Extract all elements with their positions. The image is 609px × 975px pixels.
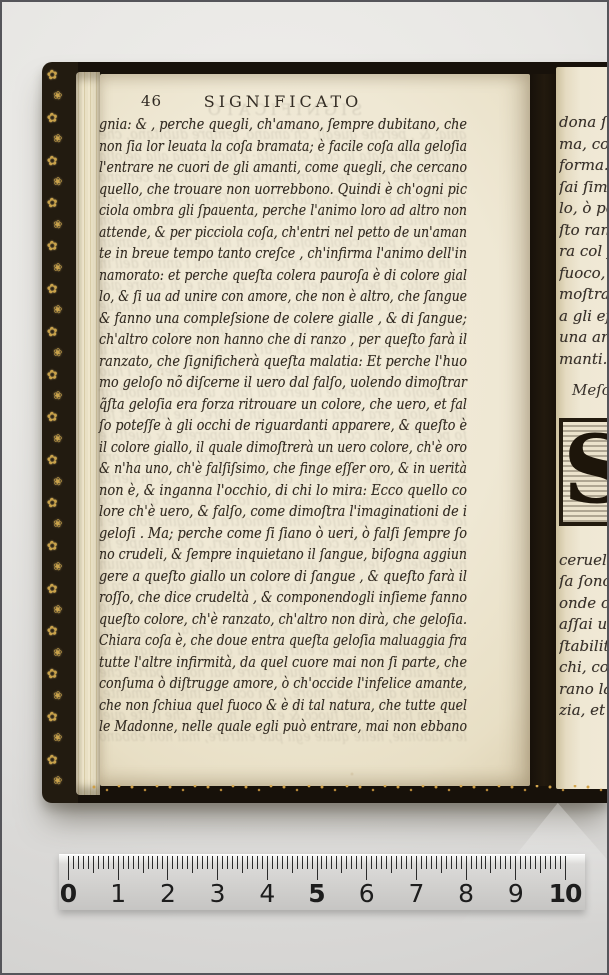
gold-floral-ornament-icon: ❀ (52, 260, 63, 274)
ruler-tick (461, 856, 462, 869)
ruler-tick (242, 856, 243, 873)
ruler-tick (535, 856, 536, 869)
ruler-tick (346, 856, 347, 869)
gold-floral-ornament-icon: ✿ (46, 153, 59, 169)
gold-floral-ornament-icon: ✿ (46, 709, 59, 725)
ruler-tick (381, 856, 382, 869)
text-line: l'entrare ne cuori de gli amanti, come q… (99, 157, 406, 179)
ruler-number: 8 (458, 879, 473, 908)
photo-backdrop: ✿❀✿❀✿❀✿❀✿❀✿❀✿❀✿❀✿❀✿❀✿❀✿❀✿❀✿❀✿❀✿❀✿❀ SIGNI… (0, 0, 609, 975)
ruler-tick (401, 856, 402, 869)
ruler-tick (416, 856, 417, 880)
ruler-number: 3 (210, 879, 225, 908)
ruler-tick (207, 856, 208, 869)
gold-floral-ornament-icon: ✿ (46, 581, 59, 597)
ruler-tick (257, 856, 258, 869)
text-fragment-line: dona ſino à tan (559, 112, 609, 134)
ruler-tick (351, 856, 352, 869)
ruler-tick (78, 856, 79, 869)
gold-floral-ornament-icon: ✿ (46, 453, 59, 469)
right-page: dona ſino à tanma, conſumandforma. Et, p… (556, 67, 609, 789)
ruler-tick (560, 856, 561, 869)
ruler-tick (157, 856, 158, 869)
text-line: queſto colore, ch'è ranzato, ch'altro no… (99, 609, 408, 631)
text-line: ſo poteſſe à gli occhi de riguardanti ap… (99, 415, 411, 437)
ruler-tick (297, 856, 298, 869)
ruler-tick (510, 856, 511, 869)
ruler-tick (476, 856, 477, 869)
text-fragment-line: zia, et dor (559, 700, 609, 722)
right-page-fragments-bottom: ceruello dimſa ſono queonde come laſſai … (559, 550, 609, 722)
right-page-fragments-top: dona ſino à tanma, conſumandforma. Et, p… (559, 112, 609, 370)
ruler-tick (466, 856, 467, 880)
ruler-tick (361, 856, 362, 869)
text-line: Chiara coſa è, che doue entra queſta gel… (99, 630, 403, 652)
ruler-tick (565, 856, 566, 880)
body-text: gnia: & , perche quegli, ch'amano, ſempr… (99, 114, 467, 738)
ruler-tick (123, 856, 124, 869)
ruler-tick (252, 856, 253, 869)
ruler-number: 0 (60, 879, 76, 908)
text-fragment-line: a gli effetti d (559, 306, 609, 328)
paragraph-gap (559, 370, 609, 380)
gold-floral-ornament-icon: ❀ (52, 131, 63, 145)
gold-floral-ornament-icon: ✿ (46, 110, 59, 126)
ruler-tick (212, 856, 213, 869)
ruler-tick (88, 856, 89, 869)
ruler-tick (192, 856, 193, 873)
ruler-number: 2 (160, 879, 175, 908)
ruler-tick (302, 856, 303, 869)
text-fragment-line: ſai ſimilitudin (559, 177, 609, 199)
gold-floral-ornament-icon: ✿ (46, 495, 59, 511)
text-fragment-line: ſa ſono que (559, 571, 609, 593)
text-fragment-line: ceruello dim (559, 550, 609, 572)
text-fragment-line: ſtabilità, et (559, 636, 609, 658)
section-start-word: Meſch (572, 380, 609, 402)
ruler-number: 6 (359, 879, 374, 908)
ruler-tick (386, 856, 387, 869)
ruler-tick (391, 856, 392, 873)
text-line: che non ſchiua quel fuoco & è di tal nat… (99, 695, 405, 717)
ruler-tick (68, 856, 69, 880)
text-line: non è, & inganna l'occhio, di chi lo mir… (99, 480, 418, 502)
text-fragment-line: ma, conſumand (559, 134, 609, 156)
gold-floral-ornament-icon: ❀ (52, 303, 63, 317)
gold-floral-ornament-icon: ✿ (46, 324, 59, 340)
gold-floral-ornament-icon: ❀ (52, 559, 63, 573)
ruler-tick (331, 856, 332, 869)
text-line: & fanno una compleſsione de colere giall… (99, 308, 414, 330)
text-fragment-line: forma. Et, pe (559, 155, 609, 177)
gold-floral-ornament-icon: ❀ (52, 773, 63, 787)
text-line: lore ch'è uero, & falſo, come dimoſtra l… (99, 501, 415, 523)
text-line: no crudeli, & ſempre inquietano il ſangu… (99, 544, 407, 566)
page-stack-edge (76, 72, 100, 795)
gold-floral-ornament-icon: ❀ (52, 217, 63, 231)
ruler-tick (262, 856, 263, 869)
ruler-tick (495, 856, 496, 869)
text-line: te in breue tempo tanto creſce , ch'infi… (99, 243, 410, 265)
ruler-tick (307, 856, 308, 869)
right-page-text: dona ſino à tanma, conſumandforma. Et, p… (559, 112, 609, 802)
left-page-text: 46 SIGNIFICATO gnia: & , perche quegli, … (99, 90, 467, 738)
ruler-tick (73, 856, 74, 869)
gold-floral-ornament-icon: ✿ (46, 239, 59, 255)
ruler-tick (356, 856, 357, 869)
gold-floral-ornament-icon: ❀ (52, 345, 63, 359)
ruler-tick (555, 856, 556, 869)
ruler-tick (247, 856, 248, 869)
ruler-tick (167, 856, 168, 880)
ruler-tick (411, 856, 412, 869)
ruler-number: 7 (408, 879, 423, 908)
text-line: gere a queſto giallo un colore di ſangue… (99, 566, 413, 588)
ruler-tick (133, 856, 134, 869)
ruler-number: 10 (549, 879, 582, 908)
ruler-tick (376, 856, 377, 869)
text-line: quello, che trouare non uorrebbono. Quin… (99, 179, 412, 201)
ruler-tick (93, 856, 94, 873)
text-line: namorato: et perche queſta colera pauroſ… (99, 265, 405, 287)
gold-floral-ornament-icon: ✿ (46, 196, 59, 212)
text-line: conſuma ò diſtrugge amore, ò ch'occide l… (99, 673, 408, 695)
text-fragment-line: ſto ranzato, e (559, 220, 609, 242)
ruler-tick (515, 856, 516, 880)
text-fragment-line: aſſai ueſton (559, 614, 609, 636)
text-line: ranzato, che ſignificherà queſta malatia… (99, 351, 416, 373)
text-line: le Madonne, nelle quale egli può entrare… (99, 716, 406, 738)
ruler: 012345678910 (59, 854, 585, 910)
gold-floral-ornament-icon: ❀ (52, 517, 63, 531)
text-fragment-line: chi, come d (559, 657, 609, 679)
ruler-tick (177, 856, 178, 869)
text-fragment-line: ra col fuoco, (559, 241, 609, 263)
text-fragment-line: manti. (559, 349, 609, 371)
gold-floral-ornament-icon: ❀ (52, 474, 63, 488)
text-line: attende, & per picciola coſa, ch'entri n… (99, 222, 403, 244)
gold-floral-ornament-icon: ✿ (46, 410, 59, 426)
ruler-tick (421, 856, 422, 869)
gutter-shadow (530, 74, 556, 786)
ruler-tick (456, 856, 457, 869)
ruler-tick (98, 856, 99, 869)
text-fragment-line: lo, ò per altra (559, 198, 609, 220)
gold-floral-ornament-icon: ❀ (52, 602, 63, 616)
ruler-tick (227, 856, 228, 869)
ruler-tick (128, 856, 129, 869)
text-line: tutte l'altre infirmità, da quel cuore m… (99, 652, 412, 674)
ruler-tick (530, 856, 531, 869)
ruler-tick (451, 856, 452, 869)
ruler-tick (505, 856, 506, 869)
ruler-tick (426, 856, 427, 869)
ruler-tick (312, 856, 313, 869)
gilt-edge-speckles (88, 785, 607, 793)
ruler-tick (187, 856, 188, 869)
book: ✿❀✿❀✿❀✿❀✿❀✿❀✿❀✿❀✿❀✿❀✿❀✿❀✿❀✿❀✿❀✿❀✿❀ SIGNI… (42, 62, 609, 803)
ruler-tick (341, 856, 342, 873)
ruler-tick (471, 856, 472, 869)
ruler-tick (500, 856, 501, 869)
text-fragment-line: fuoco, diciam (559, 263, 609, 285)
gold-floral-ornament-icon: ✿ (46, 538, 59, 554)
ruler-number: 9 (508, 879, 523, 908)
ruler-tick (406, 856, 407, 869)
text-fragment-line: moſtrare la g (559, 284, 609, 306)
gold-floral-ornament-icon: ❀ (52, 388, 63, 402)
ruler-tick (113, 856, 114, 869)
gold-floral-ornament-icon: ✿ (46, 367, 59, 383)
gold-floral-ornament-icon: ❀ (52, 645, 63, 659)
text-fragment-line: onde come l (559, 593, 609, 615)
ruler-tick (371, 856, 372, 869)
ruler-number: 4 (259, 879, 274, 908)
gold-floral-ornament-icon: ❀ (52, 688, 63, 702)
ruler-tick (108, 856, 109, 869)
ruler-tick (222, 856, 223, 869)
ruler-tick (103, 856, 104, 869)
ruler-tick (83, 856, 84, 869)
gold-floral-ornament-icon: ✿ (46, 752, 59, 768)
woodcut-drop-cap-block: S (559, 418, 609, 526)
ruler-tick (217, 856, 218, 880)
ruler-tick (326, 856, 327, 869)
text-line: gnia: & , perche quegli, ch'amano, ſempr… (99, 114, 414, 136)
ruler-tick (436, 856, 437, 869)
ruler-tick (282, 856, 283, 869)
gold-floral-ornament-icon: ❀ (52, 731, 63, 745)
ruler-tick (237, 856, 238, 869)
ruler-tick (202, 856, 203, 869)
ruler-tick (545, 856, 546, 869)
text-fragment-line: una ardentiſ (559, 327, 609, 349)
ruler-tick (277, 856, 278, 869)
ruler-tick (441, 856, 442, 873)
ruler-number: 1 (110, 879, 125, 908)
text-line: & n'ha uno, ch'è falſiſsimo, che finge e… (99, 458, 405, 480)
ruler-tick (366, 856, 367, 880)
text-line: roſſo, che dice crudeltà , & componendog… (99, 587, 410, 609)
ruler-number: 5 (308, 879, 324, 908)
ruler-tick (138, 856, 139, 869)
ruler-tick (267, 856, 268, 880)
page-header: 46 SIGNIFICATO (99, 90, 467, 114)
gold-floral-ornament-icon: ✿ (46, 67, 59, 83)
text-line: ciola ombra gli ſpauenta, perche l'animo… (99, 200, 407, 222)
gold-floral-ornament-icon: ❀ (52, 89, 63, 103)
ruler-tick (431, 856, 432, 869)
ruler-tick (490, 856, 491, 873)
text-line: mo geloſo nõ diſcerne il uero dal falſo,… (99, 372, 411, 394)
running-header: SIGNIFICATO (99, 92, 467, 111)
text-line: il colore giallo, il quale dimoſtrerà un… (99, 437, 402, 459)
text-line: q̃ſta geloſia era forza ritrouare un col… (99, 394, 411, 416)
gold-floral-ornament-icon: ✿ (46, 624, 59, 640)
ruler-tick (446, 856, 447, 869)
text-line: non ſia lor leuata la coſa bramata; è fa… (99, 136, 404, 158)
drop-cap-letter: S (563, 418, 609, 522)
ruler-tick (118, 856, 119, 880)
ruler-tick (148, 856, 149, 869)
ruler-tick (143, 856, 144, 873)
ruler-tick (520, 856, 521, 869)
ruler-tick (317, 856, 318, 880)
ruler-tick (287, 856, 288, 869)
ruler-tick (321, 856, 322, 869)
ruler-tick (525, 856, 526, 869)
ruler-tick (272, 856, 273, 869)
ruler-tick (197, 856, 198, 869)
ruler-tick (232, 856, 233, 869)
ruler-tick (540, 856, 541, 873)
ruler-tick (396, 856, 397, 869)
ruler-tick (152, 856, 153, 869)
gold-floral-ornament-icon: ✿ (46, 281, 59, 297)
text-line: ch'altro colore non hanno che di ranzo ,… (99, 329, 409, 351)
ruler-tick (481, 856, 482, 869)
text-fragment-line: rano la lor (559, 679, 609, 701)
binding-ornaments: ✿❀✿❀✿❀✿❀✿❀✿❀✿❀✿❀✿❀✿❀✿❀✿❀✿❀✿❀✿❀✿❀✿❀ (42, 66, 78, 799)
ruler-tick (162, 856, 163, 869)
text-line: geloſi . Ma; perche come ſi ſiano ò ueri… (99, 523, 416, 545)
ruler-tick (336, 856, 337, 869)
ruler-tick (550, 856, 551, 869)
ruler-tick (182, 856, 183, 869)
gold-floral-ornament-icon: ✿ (46, 667, 59, 683)
ruler-tick (485, 856, 486, 869)
text-line: lo, & ſi ua ad unire con amore, che non … (99, 286, 403, 308)
ruler-tick (172, 856, 173, 869)
gold-floral-ornament-icon: ❀ (52, 431, 63, 445)
gold-floral-ornament-icon: ❀ (52, 174, 63, 188)
ruler-tick (292, 856, 293, 873)
